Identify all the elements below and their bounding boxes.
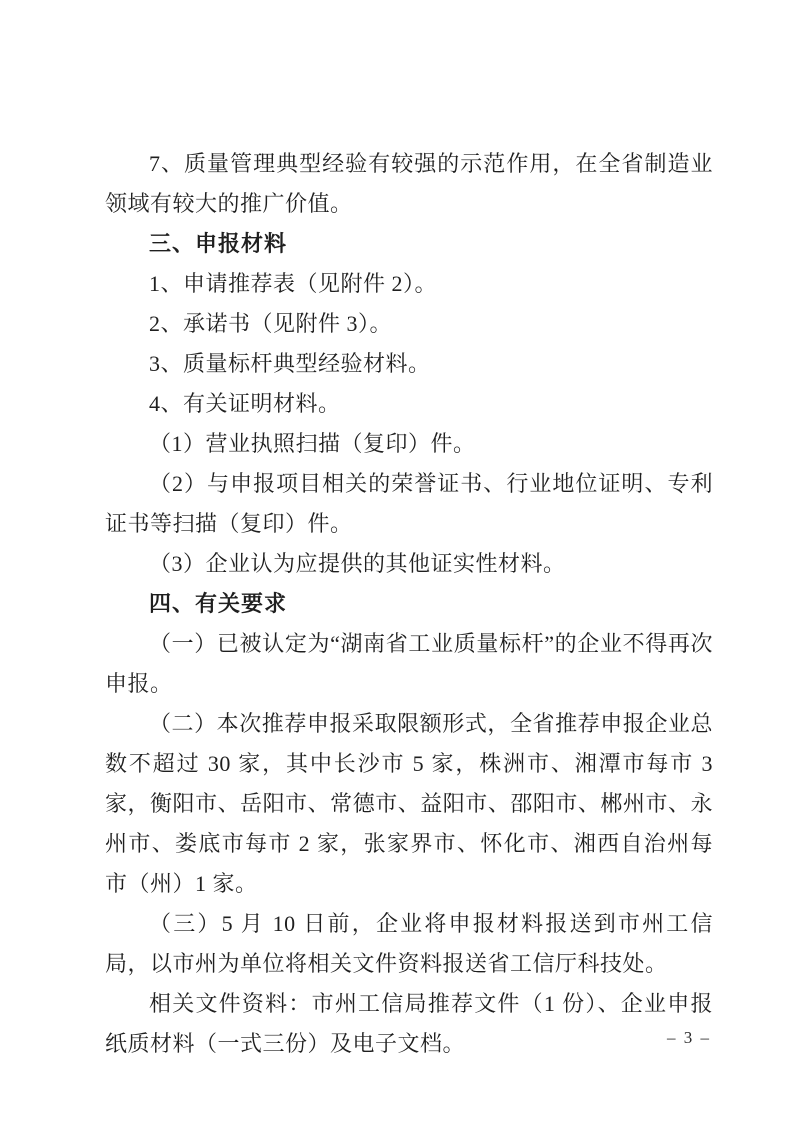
paragraph: （一）已被认定为“湖南省工业质量标杆”的企业不得再次申报。 bbox=[105, 624, 713, 704]
paragraph: 4、有关证明材料。 bbox=[105, 384, 713, 424]
paragraph: （1）营业执照扫描（复印）件。 bbox=[105, 424, 713, 464]
section-heading: 四、有关要求 bbox=[105, 584, 713, 624]
paragraph: 1、申请推荐表（见附件 2）。 bbox=[105, 264, 713, 304]
document-page: 7、质量管理典型经验有较强的示范作用，在全省制造业领域有较大的推广价值。三、申报… bbox=[0, 0, 793, 1122]
paragraph: （二）本次推荐申报采取限额形式，全省推荐申报企业总数不超过 30 家，其中长沙市… bbox=[105, 704, 713, 904]
paragraph: 相关文件资料：市州工信局推荐文件（1 份）、企业申报纸质材料（一式三份）及电子文… bbox=[105, 984, 713, 1064]
page-footer: – 3 – bbox=[667, 1026, 711, 1050]
paragraph: （2）与申报项目相关的荣誉证书、行业地位证明、专利证书等扫描（复印）件。 bbox=[105, 464, 713, 544]
document-body: 7、质量管理典型经验有较强的示范作用，在全省制造业领域有较大的推广价值。三、申报… bbox=[105, 144, 713, 1064]
paragraph: 2、承诺书（见附件 3）。 bbox=[105, 304, 713, 344]
section-heading: 三、申报材料 bbox=[105, 224, 713, 264]
paragraph: 3、质量标杆典型经验材料。 bbox=[105, 344, 713, 384]
page-number: – 3 – bbox=[667, 1028, 711, 1047]
paragraph: （3）企业认为应提供的其他证实性材料。 bbox=[105, 544, 713, 584]
paragraph: （三）5 月 10 日前，企业将申报材料报送到市州工信局，以市州为单位将相关文件… bbox=[105, 904, 713, 984]
paragraph: 7、质量管理典型经验有较强的示范作用，在全省制造业领域有较大的推广价值。 bbox=[105, 144, 713, 224]
